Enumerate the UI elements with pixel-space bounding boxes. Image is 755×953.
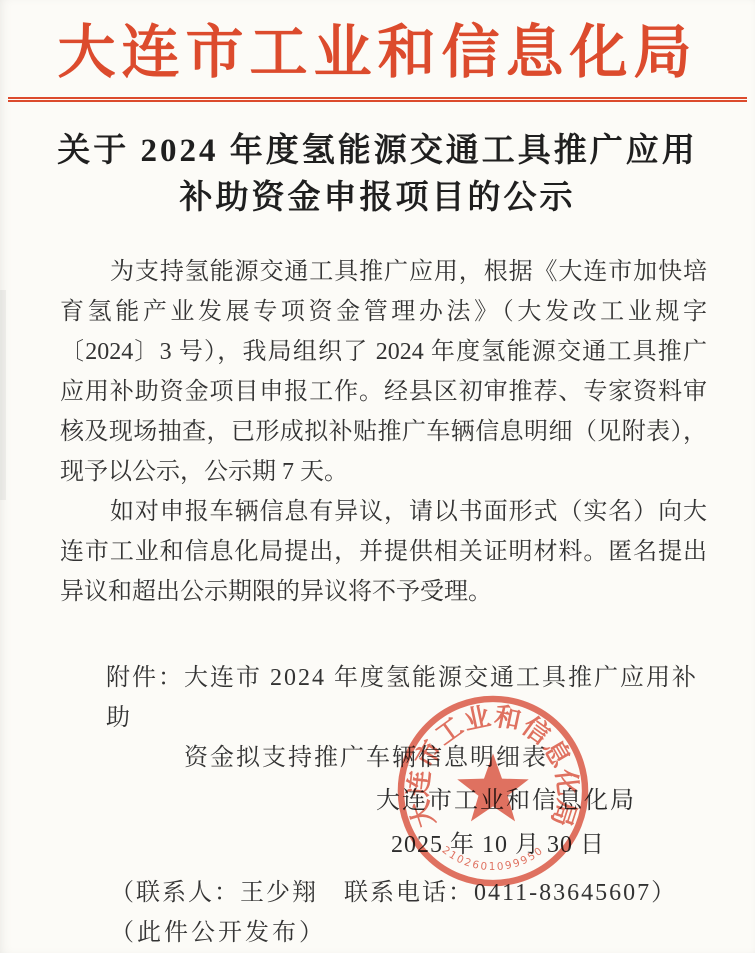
body-line: 如对申报车辆信息有异议，请以书面形式（实名）向大 [60,492,707,532]
svg-text:2102601099950: 2102601099950 [440,844,547,873]
agency-masthead: 大连市工业和信息化局 [0,0,755,90]
scan-artifact [0,290,6,500]
document-title: 关于 2024 年度氢能源交通工具推广应用 补助资金申报项目的公示 [0,128,755,222]
document-title-line2: 补助资金申报项目的公示 [0,175,755,222]
masthead-divider [8,97,747,102]
body-line: 〔2024〕3 号），我局组织了 2024 年度氢能源交通工具推广 [60,332,707,372]
public-release-note: （此件公开发布） [110,912,326,947]
body-line: 为支持氢能源交通工具推广应用，根据《大连市加快培 [60,252,707,292]
body-line: 连市工业和信息化局提出，并提供相关证明材料。匿名提出 [60,532,707,572]
seal-star-icon [457,753,528,821]
official-seal: 大连市工业和信息化局 2102601099950 [394,692,592,890]
attachment-label: 附件： [106,665,184,691]
body-line: 育氢能产业发展专项资金管理办法》（大发改工业规字 [60,292,707,332]
body-line: 现予以公示，公示期 7 天。 [60,452,707,492]
document-body: 为支持氢能源交通工具推广应用，根据《大连市加快培 育氢能产业发展专项资金管理办法… [60,252,707,778]
body-line: 应用补助资金项目申报工作。经县区初审推荐、专家资料审 [60,372,707,412]
body-line: 核及现场抽查，已形成拟补贴推广车辆信息明细（见附表）， [60,412,707,452]
document-page: 大连市工业和信息化局 关于 2024 年度氢能源交通工具推广应用 补助资金申报项… [0,0,755,953]
body-line: 异议和超出公示期限的异议将不予受理。 [60,572,707,612]
document-title-line1: 关于 2024 年度氢能源交通工具推广应用 [0,128,755,175]
seal-code: 2102601099950 [440,844,547,873]
